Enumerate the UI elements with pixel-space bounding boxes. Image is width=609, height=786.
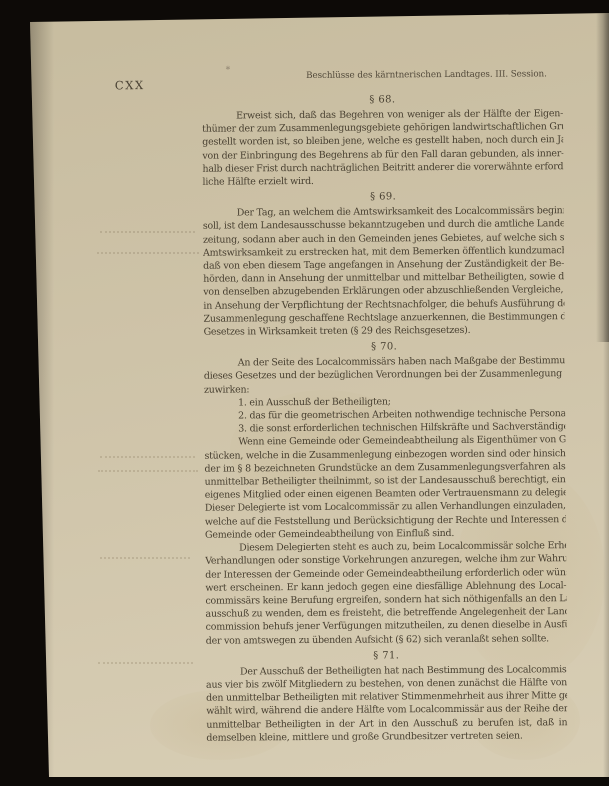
page-edge-shadow xyxy=(603,12,609,777)
paragraph: Diesem Delegierten steht es auch zu, bei… xyxy=(205,539,567,647)
paragraph: Erweist sich, daß das Begehren von wenig… xyxy=(202,107,564,189)
text-line: halb dieser Frist durch nachträglichen B… xyxy=(202,160,563,176)
text-line: Zusammenlegung geschaffene Rechtslage an… xyxy=(203,310,564,326)
text-line: demselben kleine, mittlere und große Gru… xyxy=(206,729,567,745)
page-content: CXX * Beschlüsse des kärntnerischen Land… xyxy=(0,0,609,786)
section: § 69.Der Tag, an welchem die Amtswirksam… xyxy=(203,189,565,339)
text-block: § 68.Erweist sich, daß das Begehren von … xyxy=(202,89,568,744)
section-heading: § 68. xyxy=(202,92,563,108)
section-heading: § 71. xyxy=(206,648,567,664)
section: § 68.Erweist sich, daß das Begehren von … xyxy=(202,92,564,189)
text-line: welche auf die Feststellung und Berücksi… xyxy=(205,513,566,529)
section: § 70.An der Seite des Localcommissärs ha… xyxy=(204,339,567,647)
text-line: Gesetzes in Wirksamkeit treten (§ 29 des… xyxy=(204,323,565,339)
page-number: CXX xyxy=(115,78,145,92)
text-line: der von amtswegen zu übenden Aufsicht (§… xyxy=(206,632,567,648)
running-header: Beschlüsse des kärntnerischen Landtages.… xyxy=(246,69,547,81)
text-line: liche Hälfte erzielt wird. xyxy=(202,173,563,189)
paragraph: An der Seite des Localcommissärs haben n… xyxy=(204,354,565,396)
paragraph: Der Tag, an welchem die Amtswirksamkeit … xyxy=(203,204,565,339)
section-heading: § 69. xyxy=(203,189,564,205)
margin-asterisk-mark: * xyxy=(226,66,231,76)
section: § 71.Der Ausschuß der Betheiligten hat n… xyxy=(206,648,568,745)
scanned-page: { "page": { "page_number": "CXX", "margi… xyxy=(0,0,609,786)
text-line: dieses Gesetzes und der bezüglichen Vero… xyxy=(204,368,565,384)
paragraph: Der Ausschuß der Betheiligten hat nach B… xyxy=(206,663,568,745)
section-heading: § 70. xyxy=(204,339,565,355)
numbered-list: 1. ein Ausschuß der Betheiligten;2. das … xyxy=(204,394,565,436)
paragraph: Wenn eine Gemeinde oder Gemeindeabtheilu… xyxy=(204,434,566,542)
